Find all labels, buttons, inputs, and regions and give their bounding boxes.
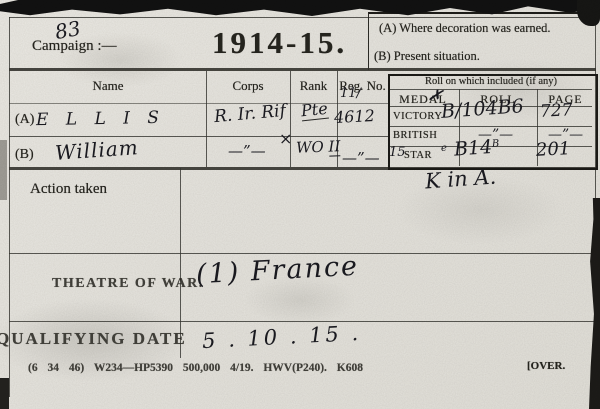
medal-star-roll-sup: B [492,138,500,149]
row-b-rank-main: WO [296,138,324,157]
theatre-of-war-label: THEATRE OF WAR. [52,276,204,292]
campaign-label: Campaign :— [32,38,117,55]
scan-smudge-left [0,140,7,200]
medal-british-label: BRITISH [393,130,437,141]
notes-box: (A) Where decoration was earned. (B) Pre… [368,12,595,70]
row-a-reg-no: 4612 [334,106,376,127]
medal-star-suffix: e [441,143,447,154]
note-a: (A) Where decoration was earned. [379,21,551,36]
header-bottom-rule [9,68,596,71]
medal-star-roll: B14B [453,135,500,160]
medal-victory-label: VICTORY [393,111,442,122]
column-header-rule [9,103,388,104]
column-header-name: Name [10,78,206,94]
action-taken-label: Action taken [30,181,107,198]
note-b: (B) Present situation. [374,49,480,64]
medal-star-label: STAR [404,150,432,161]
row-a-corps: R. Ir. Rif [213,101,286,127]
row-a-rank: Pte [300,99,329,122]
row-b-name: William [54,135,139,165]
medal-star-roll-main: B14 [453,136,493,161]
row-a-reg-prefix: 11/ [340,86,361,101]
medal-star-page: 201 [535,138,570,161]
print-code: (6 34 46) W234—HP5390 500,000 4/19. HWV(… [28,362,363,374]
column-header-corps: Corps [206,78,290,94]
campaign-value: 1914-15. [212,25,347,61]
qualifying-date-value: 5 . 10 . 15 . [201,321,361,353]
roll-box-header-rule [390,89,592,90]
qualifying-date-label: QUALIFYING DATE [0,329,187,349]
row-b-cross-mark: × [279,129,292,148]
row-b-rank-num: II [328,137,341,156]
theatre-of-war-value: (1) France [195,251,359,290]
row-a-label: (A) [15,112,34,128]
scan-edge-right [589,198,600,409]
medal-index-card: 83 Campaign :— 1914-15. (A) Where decora… [0,0,600,409]
theatre-section-rule [9,321,596,322]
medal-victory-page: 727 [539,100,572,122]
roll-box-header: Roll on which included (if any) [390,76,592,87]
row-b-reg-ditto: —”— [342,149,380,167]
row-b-label: (B) [15,147,34,163]
row-b-corps-ditto: —”— [228,142,266,160]
column-header-rank: Rank [290,78,337,94]
row-b-rank: WO II [296,137,341,157]
over-note: [OVER. [527,360,565,372]
action-taken-value: K in A. [424,165,497,194]
row-a-name: E L L I S [36,108,165,130]
scan-blob-bottom-left [0,378,9,409]
